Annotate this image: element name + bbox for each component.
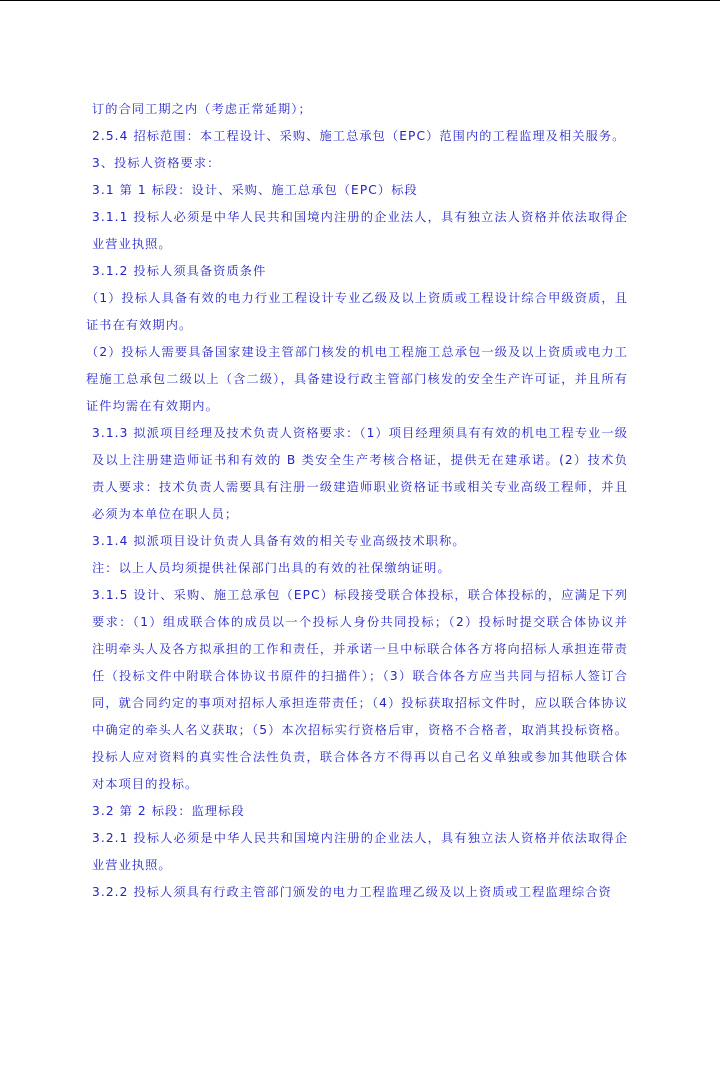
paragraph-3-1-5: 3.1.5 设计、采购、施工总承包（EPC）标段接受联合体投标，联合体投标的，应… [92,582,628,798]
document-body: 订的合同工期之内（考虑正常延期）； 2.5.4 招标范围：本工程设计、采购、施工… [92,96,628,906]
paragraph-3-1-2-item-2: （2）投标人需要具备国家建设主管部门核发的机电工程施工总承包一级及以上资质或电力… [86,339,628,420]
paragraph-3-2-2: 3.2.2 投标人须具有行政主管部门颁发的电力工程监理乙级及以上资质或工程监理综… [92,879,628,906]
paragraph-3-1-4: 3.1.4 拟派项目设计负责人具备有效的相关专业高级技术职称。 [92,528,628,555]
paragraph-3-1-2-item-1: （1）投标人具备有效的电力行业工程设计专业乙级及以上资质或工程设计综合甲级资质，… [86,285,628,339]
paragraph-3-1-3: 3.1.3 拟派项目经理及技术负责人资格要求：（1）项目经理须具有有效的机电工程… [92,420,628,528]
top-border-rule [0,0,720,1]
heading-3-1-lot-1: 3.1 第 1 标段：设计、采购、施工总承包（EPC）标段 [92,177,628,204]
paragraph-note: 注：以上人员均须提供社保部门出具的有效的社保缴纳证明。 [92,555,628,582]
heading-3-2-lot-2: 3.2 第 2 标段：监理标段 [92,798,628,825]
paragraph-contract-period: 订的合同工期之内（考虑正常延期）； [92,96,628,123]
paragraph-3-2-1: 3.2.1 投标人必须是中华人民共和国境内注册的企业法人，具有独立法人资格并依法… [92,825,628,879]
paragraph-3-1-1: 3.1.1 投标人必须是中华人民共和国境内注册的企业法人，具有独立法人资格并依法… [92,204,628,258]
paragraph-2-5-4-scope: 2.5.4 招标范围：本工程设计、采购、施工总承包（EPC）范围内的工程监理及相… [92,123,628,150]
heading-3-qualification: 3、投标人资格要求： [92,150,628,177]
heading-3-1-2: 3.1.2 投标人须具备资质条件 [92,258,628,285]
